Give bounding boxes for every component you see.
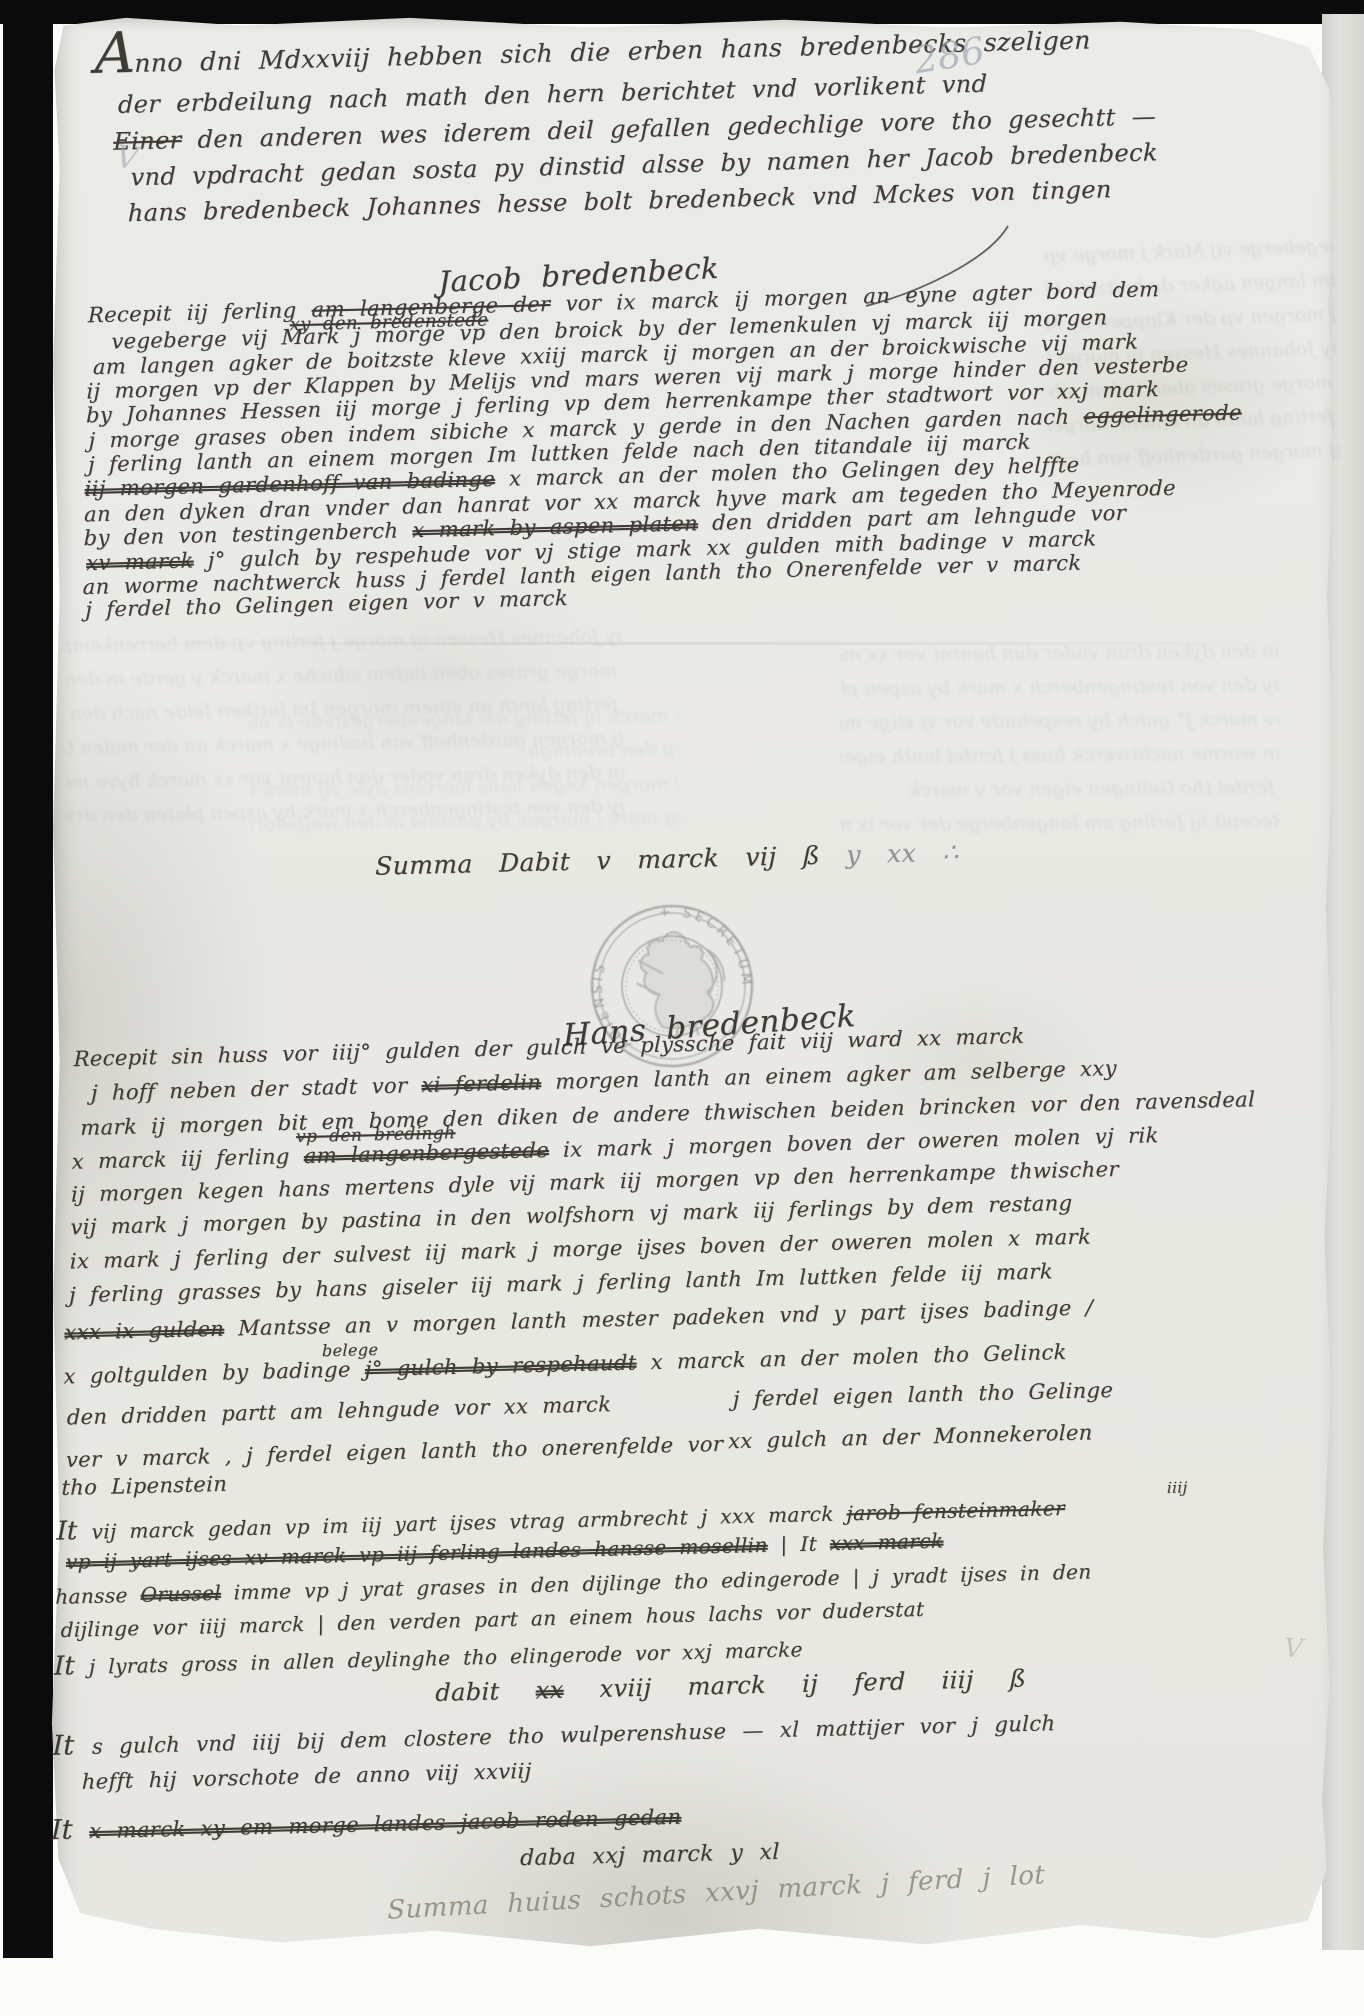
scan-border-left — [3, 0, 53, 1958]
pen-flourish-stroke — [858, 220, 1018, 314]
wax-ink-seal-stamp: + SECRETUM ADIENSIS — [570, 884, 774, 1088]
scan-border-top — [0, 0, 1364, 24]
manuscript-scan: vegeberge vij Mark j morge vp den broick… — [0, 0, 1364, 2016]
